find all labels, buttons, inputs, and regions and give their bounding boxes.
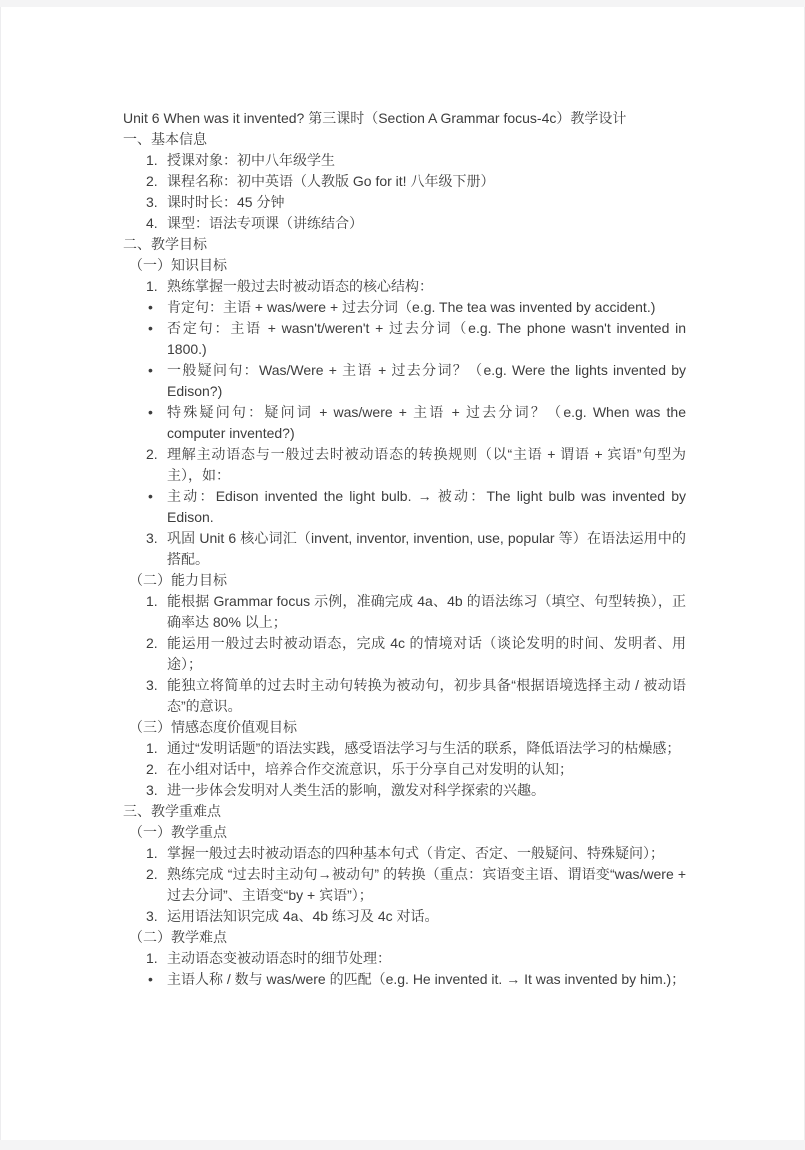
item-text: 理解主动语态与一般过去时被动语态的转换规则（以“主语 + 谓语 + 宾语”句型为… (167, 446, 686, 483)
numbered-item: 1.通过“发明话题”的语法实践，感受语法学习与生活的联系，降低语法学习的枯燥感； (123, 738, 686, 759)
section-heading: 一、基本信息 (123, 129, 686, 150)
item-text: 能独立将简单的过去时主动句转换为被动句，初步具备“根据语境选择主动 / 被动语态… (167, 677, 686, 714)
item-text: 二、教学目标 (123, 236, 207, 252)
item-text: （一）教学重点 (129, 824, 227, 840)
numbered-item: 1.熟练掌握一般过去时被动语态的核心结构： (123, 276, 686, 297)
item-number: 2. (146, 633, 158, 654)
item-text: 一般疑问句：Was/Were + 主语 + 过去分词？（e.g. Were th… (167, 362, 686, 399)
numbered-item: 1.能根据 Grammar focus 示例，准确完成 4a、4b 的语法练习（… (123, 591, 686, 633)
item-text: 肯定句：主语 + was/were + 过去分词（e.g. The tea wa… (167, 299, 655, 315)
item-number: 2. (146, 444, 158, 465)
item-number: 1. (146, 276, 158, 297)
sub-heading: （二）能力目标 (123, 570, 686, 591)
numbered-item: 4.课型：语法专项课（讲练结合） (123, 213, 686, 234)
item-text: 授课对象：初中八年级学生 (167, 152, 335, 168)
numbered-item: 1.主动语态变被动语态时的细节处理： (123, 948, 686, 969)
item-text: 主动：Edison invented the light bulb. → 被动：… (167, 488, 686, 525)
item-text: 能根据 Grammar focus 示例，准确完成 4a、4b 的语法练习（填空… (167, 593, 686, 630)
item-text: 熟练掌握一般过去时被动语态的核心结构： (167, 278, 433, 294)
numbered-item: 3.进一步体会发明对人类生活的影响，激发对科学探索的兴趣。 (123, 780, 686, 801)
item-number: 3. (146, 675, 158, 696)
item-number: 4. (146, 213, 158, 234)
numbered-item: 3.能独立将简单的过去时主动句转换为被动句，初步具备“根据语境选择主动 / 被动… (123, 675, 686, 717)
bullet-item: •肯定句：主语 + was/were + 过去分词（e.g. The tea w… (123, 297, 686, 318)
item-text: 运用语法知识完成 4a、4b 练习及 4c 对话。 (167, 908, 439, 924)
item-number: 1. (146, 150, 158, 171)
numbered-item: 2.理解主动语态与一般过去时被动语态的转换规则（以“主语 + 谓语 + 宾语”句… (123, 444, 686, 486)
item-text: 在小组对话中，培养合作交流意识，乐于分享自己对发明的认知； (167, 761, 573, 777)
bullet-marker: • (148, 486, 153, 507)
bullet-item: •主动：Edison invented the light bulb. → 被动… (123, 486, 686, 528)
sub-heading: （一）教学重点 (123, 822, 686, 843)
numbered-item: 1.授课对象：初中八年级学生 (123, 150, 686, 171)
item-text: 能运用一般过去时被动语态，完成 4c 的情境对话（谈论发明的时间、发明者、用途）… (167, 635, 686, 672)
document-page: Unit 6 When was it invented? 第三课时（Sectio… (0, 7, 805, 1140)
document-title: Unit 6 When was it invented? 第三课时（Sectio… (123, 108, 686, 129)
item-text: 一、基本信息 (123, 131, 207, 147)
section-heading: 二、教学目标 (123, 234, 686, 255)
sub-heading: （一）知识目标 (123, 255, 686, 276)
numbered-item: 2.能运用一般过去时被动语态，完成 4c 的情境对话（谈论发明的时间、发明者、用… (123, 633, 686, 675)
numbered-item: 3.运用语法知识完成 4a、4b 练习及 4c 对话。 (123, 906, 686, 927)
numbered-item: 2.熟练完成 “过去时主动句→被动句” 的转换（重点：宾语变主语、谓语变“was… (123, 864, 686, 906)
item-number: 1. (146, 591, 158, 612)
item-text: 主语人称 / 数与 was/were 的匹配（e.g. He invented … (167, 971, 685, 987)
item-number: 3. (146, 528, 158, 549)
item-text: （二）教学难点 (129, 929, 227, 945)
item-text: 进一步体会发明对人类生活的影响，激发对科学探索的兴趣。 (167, 782, 545, 798)
numbered-item: 2.课程名称：初中英语（人教版 Go for it! 八年级下册） (123, 171, 686, 192)
section-heading: 三、教学重难点 (123, 801, 686, 822)
item-number: 1. (146, 843, 158, 864)
sub-heading: （二）教学难点 (123, 927, 686, 948)
bullet-item: •主语人称 / 数与 was/were 的匹配（e.g. He invented… (123, 969, 686, 990)
numbered-item: 3.课时时长：45 分钟 (123, 192, 686, 213)
bullet-item: •否定句：主语 + wasn't/weren't + 过去分词（e.g. The… (123, 318, 686, 360)
item-number: 3. (146, 906, 158, 927)
item-text: 主动语态变被动语态时的细节处理： (167, 950, 391, 966)
document-body: 一、基本信息1.授课对象：初中八年级学生2.课程名称：初中英语（人教版 Go f… (123, 129, 686, 990)
item-text: （二）能力目标 (129, 572, 227, 588)
numbered-item: 1.掌握一般过去时被动语态的四种基本句式（肯定、否定、一般疑问、特殊疑问）； (123, 843, 686, 864)
item-number: 1. (146, 738, 158, 759)
item-text: （三）情感态度价值观目标 (129, 719, 297, 735)
sub-heading: （三）情感态度价值观目标 (123, 717, 686, 738)
item-number: 2. (146, 171, 158, 192)
bullet-item: •一般疑问句：Was/Were + 主语 + 过去分词？（e.g. Were t… (123, 360, 686, 402)
item-number: 1. (146, 948, 158, 969)
item-number: 2. (146, 864, 158, 885)
item-text: 熟练完成 “过去时主动句→被动句” 的转换（重点：宾语变主语、谓语变“was/w… (167, 866, 686, 903)
item-text: 三、教学重难点 (123, 803, 221, 819)
item-number: 2. (146, 759, 158, 780)
item-text: 课程名称：初中英语（人教版 Go for it! 八年级下册） (167, 173, 494, 189)
item-number: 3. (146, 192, 158, 213)
bullet-marker: • (148, 360, 153, 381)
item-text: 掌握一般过去时被动语态的四种基本句式（肯定、否定、一般疑问、特殊疑问）； (167, 845, 664, 861)
item-text: 课型：语法专项课（讲练结合） (167, 215, 363, 231)
numbered-item: 3.巩固 Unit 6 核心词汇（invent, inventor, inven… (123, 528, 686, 570)
bullet-item: •特殊疑问句：疑问词 + was/were + 主语 + 过去分词？（e.g. … (123, 402, 686, 444)
bullet-marker: • (148, 297, 153, 318)
item-number: 3. (146, 780, 158, 801)
item-text: （一）知识目标 (129, 257, 227, 273)
item-text: 课时时长：45 分钟 (167, 194, 284, 210)
item-text: 通过“发明话题”的语法实践，感受语法学习与生活的联系，降低语法学习的枯燥感； (167, 740, 680, 756)
item-text: 巩固 Unit 6 核心词汇（invent, inventor, inventi… (167, 530, 686, 567)
bullet-marker: • (148, 318, 153, 339)
item-text: 特殊疑问句：疑问词 + was/were + 主语 + 过去分词？（e.g. W… (167, 404, 686, 441)
item-text: 否定句：主语 + wasn't/weren't + 过去分词（e.g. The … (167, 320, 686, 357)
document-content: Unit 6 When was it invented? 第三课时（Sectio… (123, 108, 686, 990)
bullet-marker: • (148, 402, 153, 423)
numbered-item: 2.在小组对话中，培养合作交流意识，乐于分享自己对发明的认知； (123, 759, 686, 780)
bullet-marker: • (148, 969, 153, 990)
